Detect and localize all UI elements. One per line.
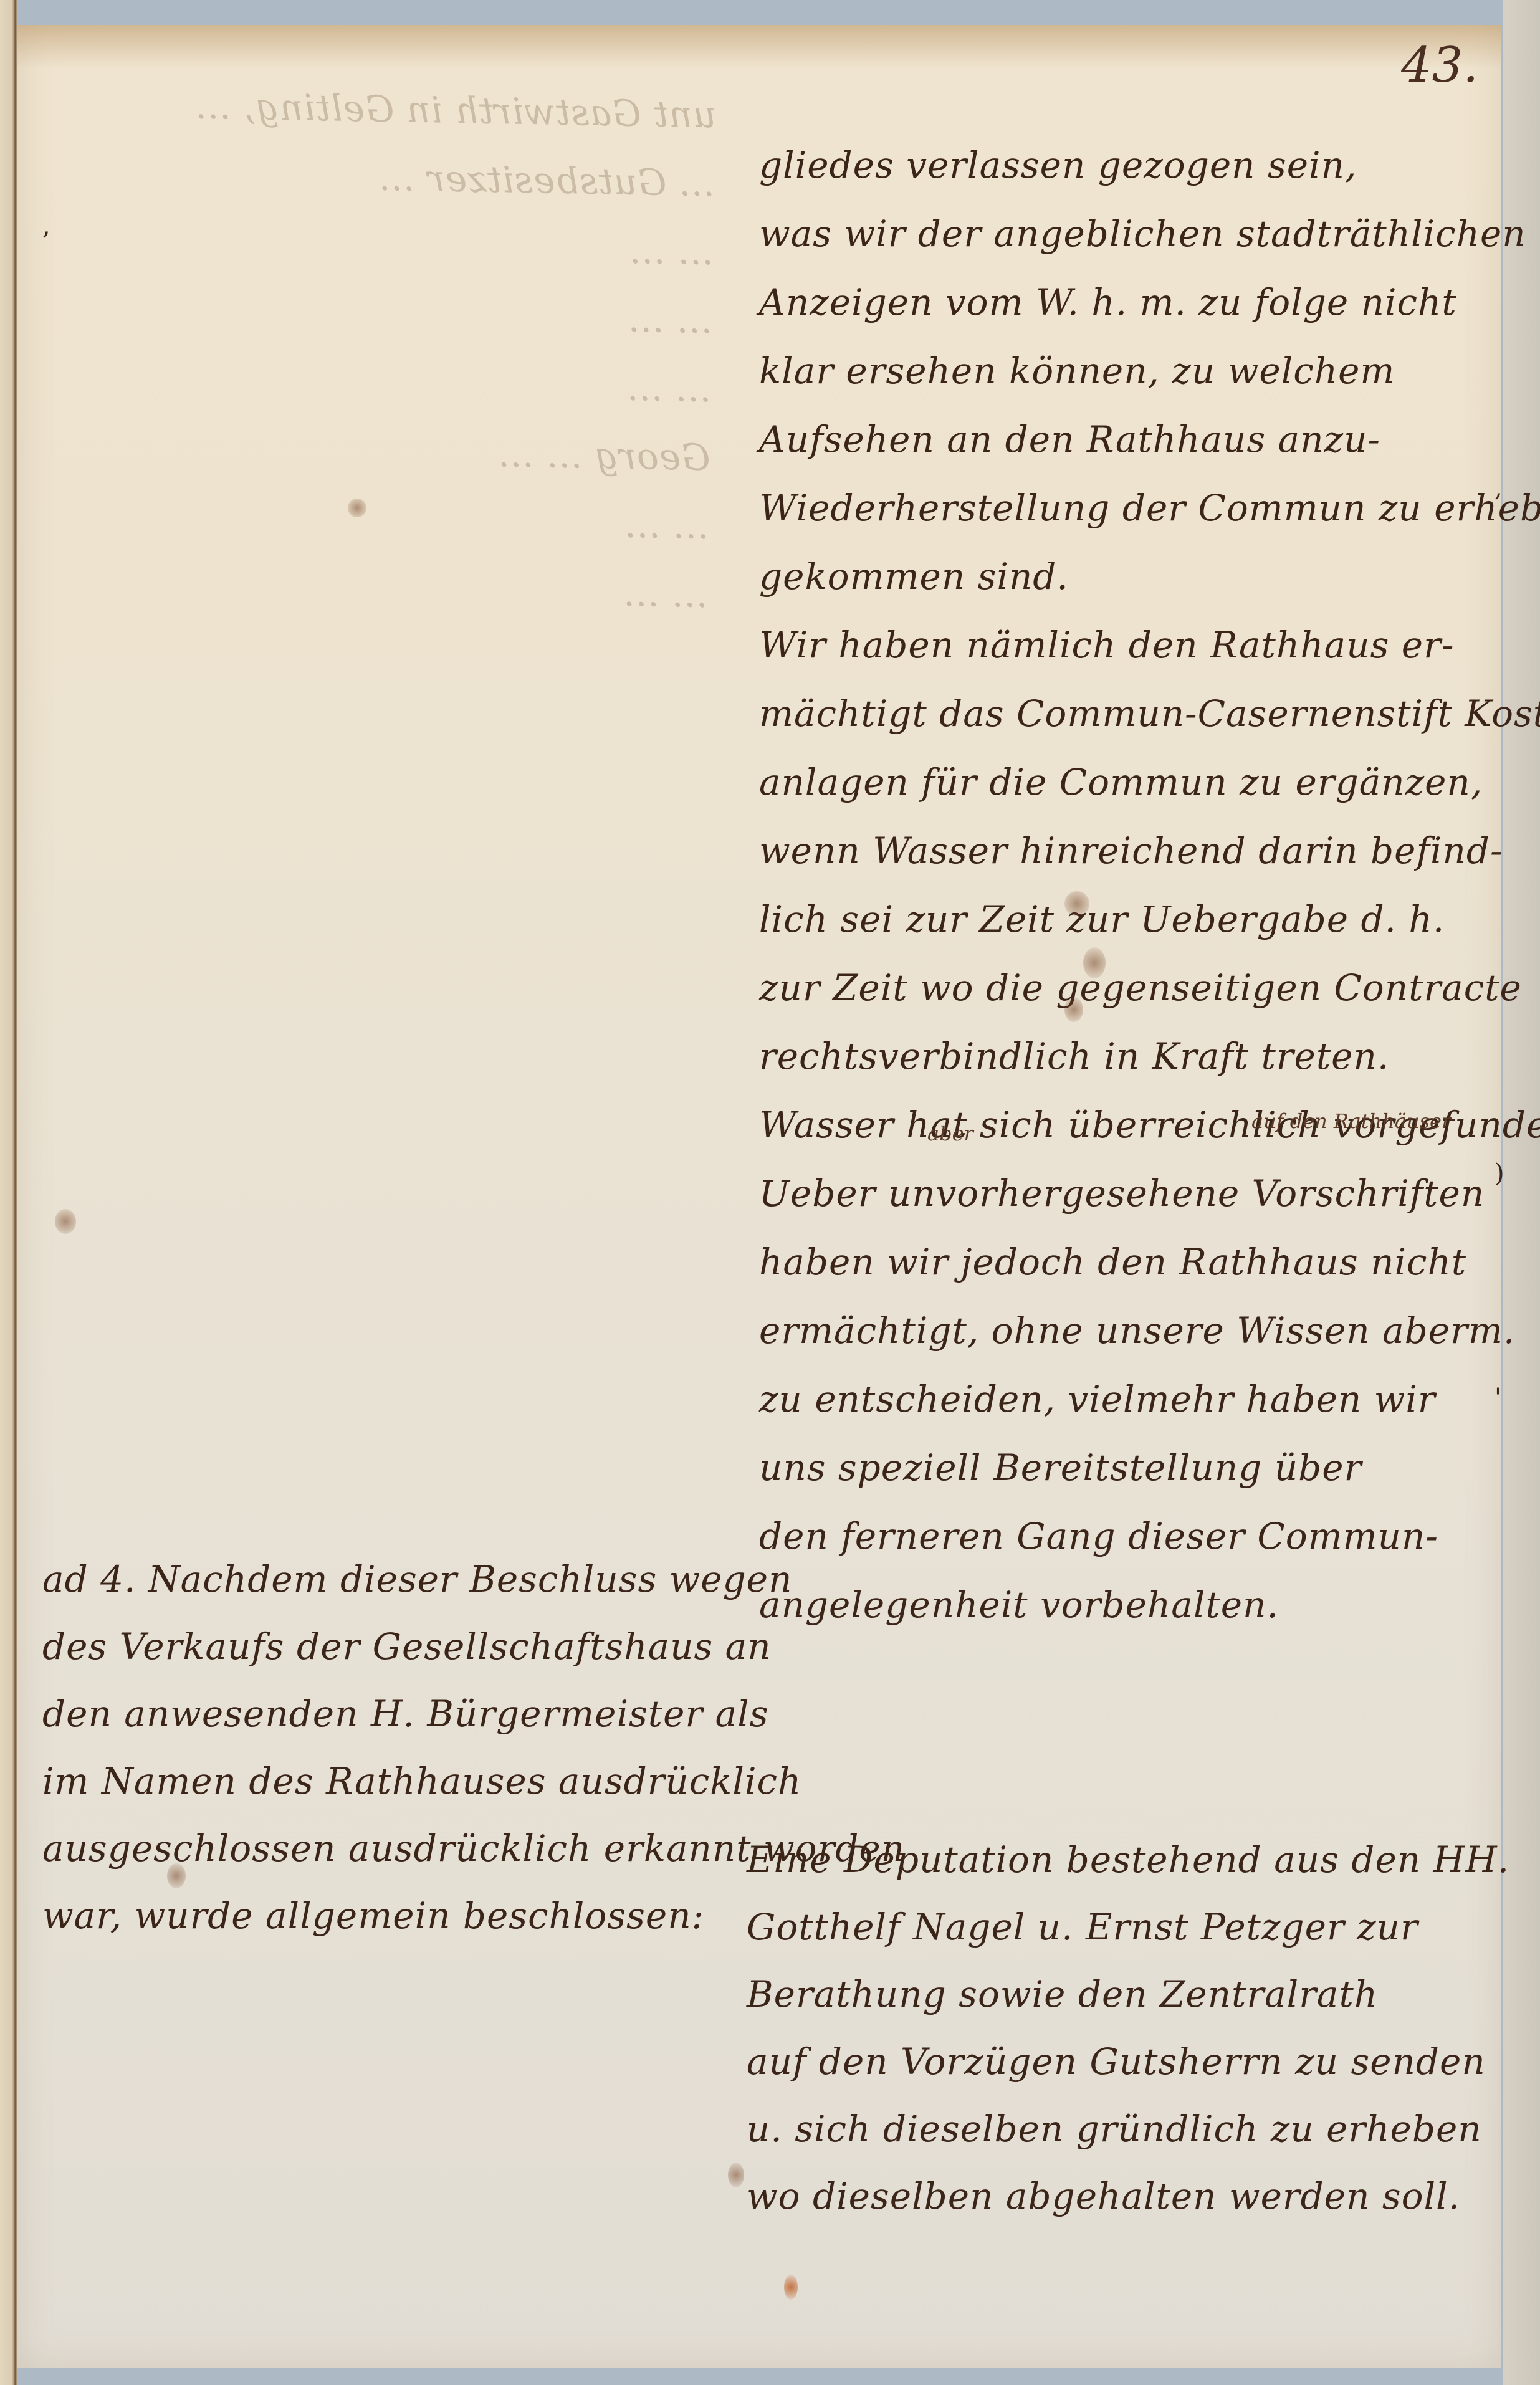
text-line: Wir haben nämlich den Rathhaus er- (759, 611, 1495, 679)
text-line: auf den Vorzügen Gutsherrn zu senden (747, 2028, 1507, 2095)
text-line: zu entscheiden, vielmehr haben wir (759, 1365, 1495, 1433)
text-line: lich sei zur Zeit zur Uebergabe d. h. (759, 885, 1495, 954)
ink-stain (167, 1863, 186, 1888)
text-line: Ueber unvorhergesehene Vorschriften (759, 1159, 1495, 1228)
text-line: mächtigt das Commun-Casernenstift Kost- (759, 679, 1495, 748)
bleed-line: ... ... (53, 549, 709, 629)
resolution-text: Eine Deputation bestehend aus den HH. Go… (747, 1826, 1507, 2230)
bleed-line: unt Gastwirth in Gelting, ... (61, 69, 717, 149)
interlinear-insertion: aber (927, 1122, 973, 1145)
text-line: Anzeigen vom W. h. m. zu folge nicht (759, 268, 1495, 337)
text-line: ermächtigt, ohne unsere Wissen aberm. (759, 1296, 1495, 1365)
text-line: zur Zeit wo die gegenseitigen Contracte (759, 954, 1495, 1022)
text-line: anlagen für die Commun zu ergänzen, (759, 748, 1495, 816)
bleed-through-text: unt Gastwirth in Gelting, ... ... Gutsbe… (47, 69, 717, 953)
ink-stain (55, 1209, 76, 1234)
page-number: 43. (1401, 37, 1478, 93)
text-line: ad 4. Nachdem dieser Beschluss wegen (42, 1546, 734, 1613)
text-line: uns speziell Bereitstellung über (759, 1433, 1495, 1502)
margin-mark: ' (1495, 1384, 1501, 1412)
text-line: haben wir jedoch den Rathhaus nicht (759, 1228, 1495, 1296)
text-line: war, wurde allgemein beschlossen: (42, 1882, 734, 1949)
margin-mark: ) (1495, 1159, 1504, 1188)
text-line: klar ersehen können, zu welchem (759, 337, 1495, 405)
ink-stain (1083, 947, 1106, 978)
bleed-line: ... ... (54, 480, 710, 560)
manuscript-page: unt Gastwirth in Gelting, ... ... Gutsbe… (17, 25, 1501, 2368)
bleed-line: ... ... (58, 275, 714, 355)
text-line: des Verkaufs der Gesellschaftshaus an (42, 1613, 734, 1680)
right-column-text: gliedes verlassen gezogen sein, was wir … (759, 131, 1495, 1639)
bleed-line: ... Gutsbesitzer ... (60, 138, 715, 217)
rust-spot (784, 2275, 798, 2300)
adjacent-page-edge (1503, 0, 1540, 2385)
text-line: gekommen sind. (759, 542, 1495, 611)
text-line: Wiederherstellung der Commun zu erheben (759, 474, 1495, 542)
text-line: was wir der angeblichen stadträthlichen (759, 199, 1495, 268)
text-line: Aufsehen an den Rathhaus anzu- (759, 405, 1495, 474)
interlinear-insertion: auf den Rathhäuser (1251, 1109, 1451, 1133)
ink-stain (1064, 997, 1083, 1022)
text-line: im Namen des Rathhauses ausdrücklich (42, 1747, 734, 1815)
text-line: den ferneren Gang dieser Commun- (759, 1502, 1495, 1570)
text-line: Gotthelf Nagel u. Ernst Petzger zur (747, 1893, 1507, 1961)
ink-stain (348, 499, 366, 517)
bleed-line: ... ... (57, 343, 712, 423)
text-line: gliedes verlassen gezogen sein, (759, 131, 1495, 199)
ink-stain (728, 2163, 744, 2187)
bleed-line: ... ... (59, 206, 715, 286)
text-line: den anwesenden H. Bürgermeister als (42, 1680, 734, 1747)
text-line: rechtsverbindlich in Kraft treten. (759, 1022, 1495, 1091)
text-line: Berathung sowie den Zentralrath (747, 1961, 1507, 2028)
text-line: angelegenheit vorbehalten. (759, 1570, 1495, 1639)
book-binding-edge (0, 0, 17, 2385)
bleed-line: Georg ... ... (55, 412, 711, 492)
margin-mark: , (1495, 474, 1503, 502)
ink-stain (1064, 891, 1089, 916)
text-line: wo dieselben abgehalten werden soll. (747, 2163, 1507, 2230)
text-line: wenn Wasser hinreichend darin befind- (759, 816, 1495, 885)
text-line: Eine Deputation bestehend aus den HH. (747, 1826, 1507, 1893)
left-column-text: ad 4. Nachdem dieser Beschluss wegen des… (42, 1546, 734, 1949)
text-line: ausgeschlossen ausdrücklich erkannt word… (42, 1815, 734, 1882)
margin-mark: , (42, 212, 50, 241)
text-line: u. sich dieselben gründlich zu erheben (747, 2095, 1507, 2163)
